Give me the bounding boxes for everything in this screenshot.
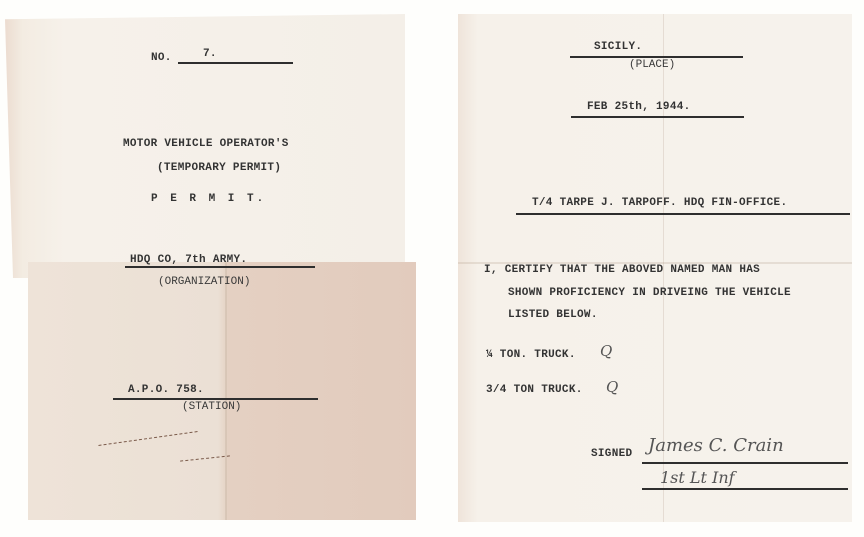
place-label: (PLACE) (629, 59, 675, 71)
signature: James C. Crain (648, 435, 784, 456)
initials: Q (600, 342, 612, 360)
certify-line3: LISTED BELOW. (508, 309, 598, 321)
signed-label: SIGNED (591, 448, 632, 460)
place-underline (570, 56, 743, 58)
operator-name: T/4 TARPE J. TARPOFF. HDQ FIN-OFFICE. (532, 197, 787, 209)
station-underline (113, 398, 318, 400)
number-underline (178, 62, 293, 64)
number-value: 7. (203, 48, 217, 60)
organization-value: HDQ CO, 7th ARMY. (130, 254, 247, 266)
permit-document-bottom-half (28, 262, 416, 520)
date-value: FEB 25th, 1944. (587, 101, 691, 113)
station-value: A.P.O. 758. (128, 384, 204, 396)
station-label: (STATION) (182, 401, 241, 413)
initials: Q (606, 378, 618, 396)
place-value: SICILY. (594, 41, 642, 53)
organization-label: (ORGANIZATION) (158, 276, 250, 288)
date-underline (571, 116, 744, 118)
number-label: NO. (151, 52, 172, 64)
organization-underline (125, 266, 315, 268)
vehicle-label: ¼ TON. TRUCK. (486, 349, 576, 361)
permit-title-line2: (TEMPORARY PERMIT) (157, 162, 281, 174)
certify-line1: I, CERTIFY THAT THE ABOVED NAMED MAN HAS (484, 264, 760, 276)
certify-line2: SHOWN PROFICIENCY IN DRIVEING THE VEHICL… (508, 287, 791, 299)
permit-title-line3: P E R M I T. (151, 193, 266, 205)
signature-rank: 1st Lt Inf (660, 468, 735, 487)
permit-title-line1: MOTOR VEHICLE OPERATOR'S (123, 138, 289, 150)
vehicle-label: 3/4 TON TRUCK. (486, 384, 583, 396)
fold-crease (225, 262, 227, 520)
rank-underline (642, 488, 848, 490)
name-underline (516, 213, 850, 215)
signature-underline (642, 462, 848, 464)
